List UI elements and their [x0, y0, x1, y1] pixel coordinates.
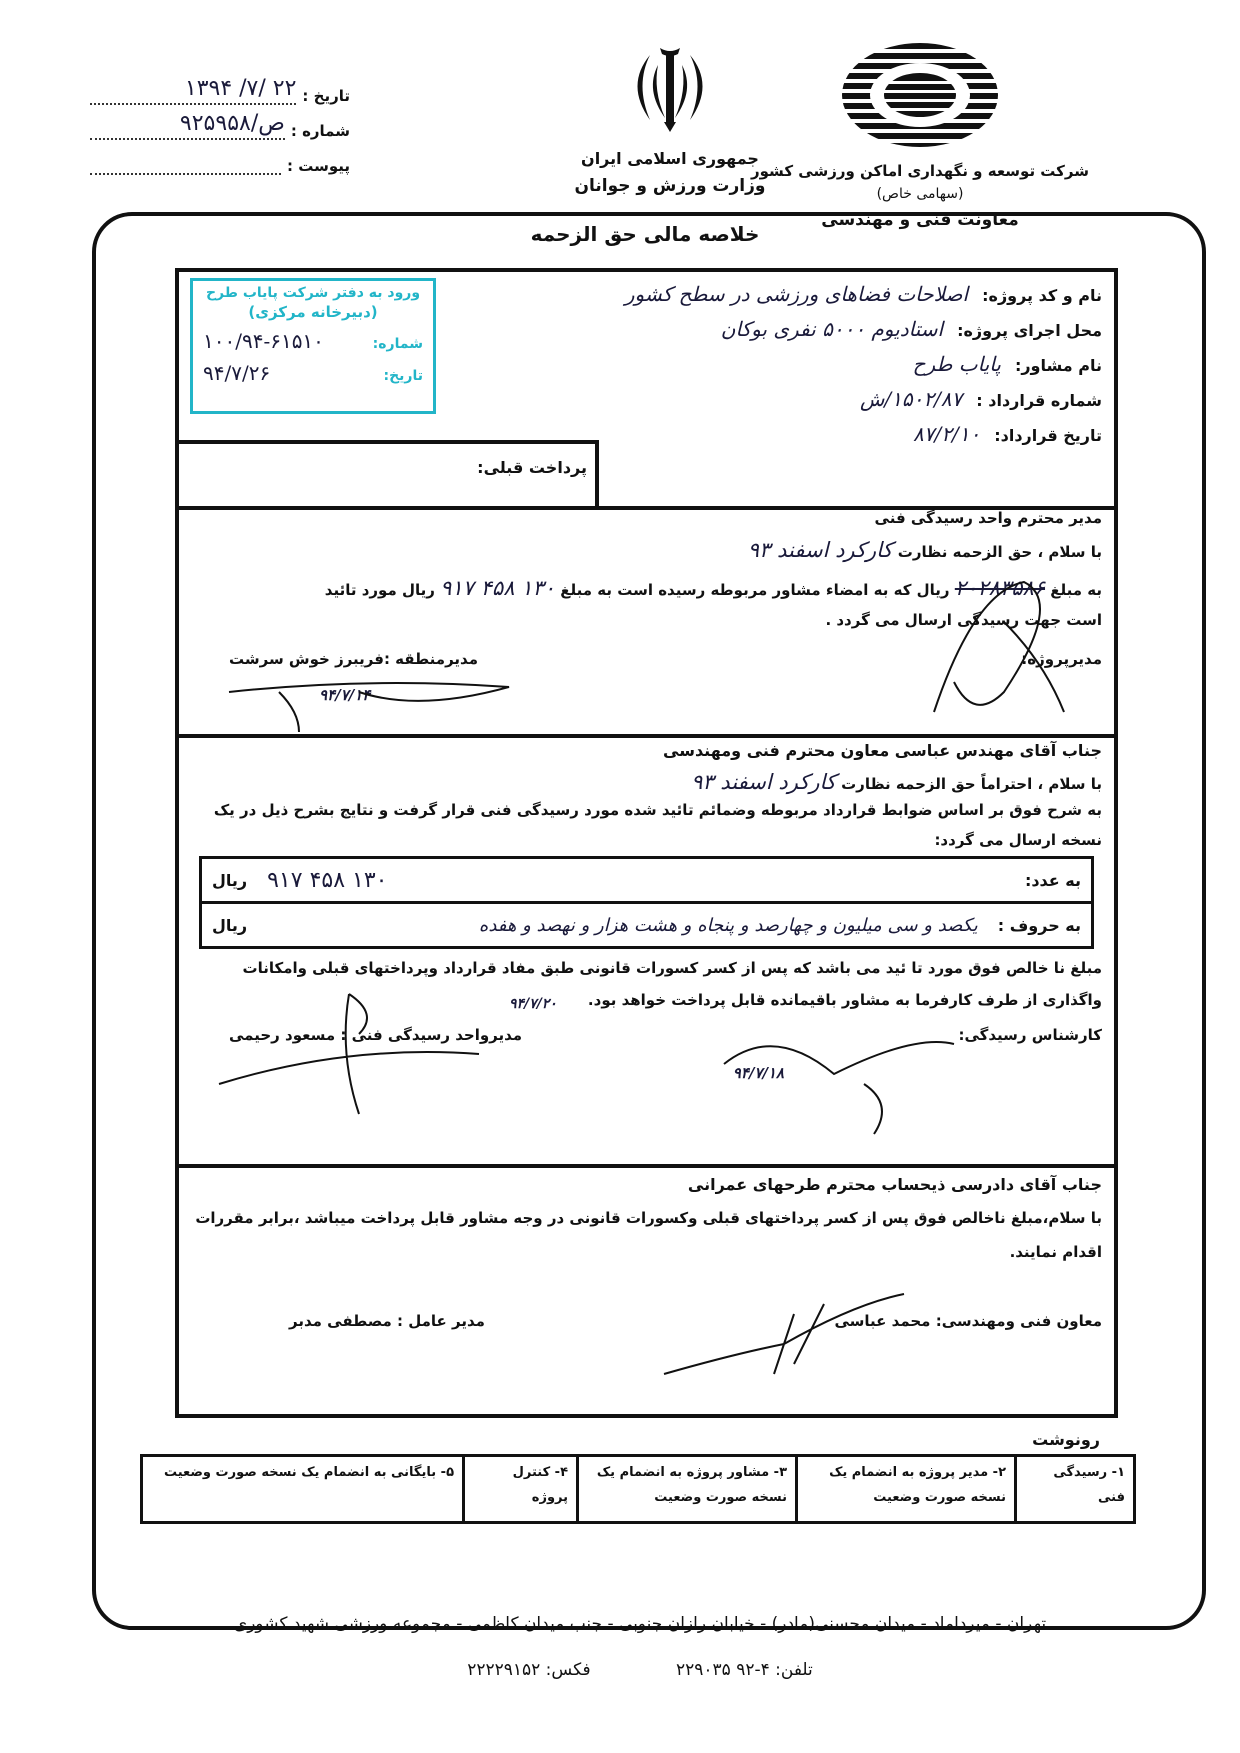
contract-date-label: تاریخ قرارداد:	[994, 426, 1102, 445]
date-row: تاریخ : ۱۳۹۴ /۷/ ۲۲	[90, 70, 350, 105]
regional-manager-label: مدیرمنطقه :فریبرز خوش سرشت	[229, 650, 478, 668]
contract-date-value: ۸۷/۲/۱۰	[913, 422, 980, 446]
footer-contact: تلفن: ۴-۹۲ ۲۲۹۰۳۵ فکس: ۲۲۲۲۹۱۵۲	[140, 1660, 1140, 1680]
currency-label: ریال	[212, 916, 247, 935]
ministry-name: وزارت ورزش و جوانان	[540, 176, 800, 196]
stamp-date-row: تاریخ: ۹۴/۷/۲۶	[193, 361, 433, 385]
amount-table: به عدد: ۱۳۰ ۴۵۸ ۹۱۷ ریال به حروف : یکصد …	[199, 856, 1094, 949]
striped-oval-logo-icon	[840, 40, 1000, 150]
review-greeting: با سلام ، حق الزحمه نظارت کارکرد اسفند ۹…	[191, 536, 1102, 565]
cc-item: ۴- کنترل پروژه	[462, 1457, 576, 1521]
iran-emblem-icon	[620, 40, 720, 135]
approved-amount: ۱۳۰ ۴۵۸ ۹۱۷	[440, 576, 555, 600]
consultant-label: نام مشاور:	[1015, 356, 1102, 375]
stamp-number-value: ۱۰۰/۹۴-۶۱۵۱۰	[203, 329, 324, 353]
deputy-heading: جناب آقای مهندس عباسی معاون محترم فنی وم…	[191, 740, 1102, 762]
received-stamp: ورود به دفتر شرکت پایاب طرح (دبیرخانه مر…	[190, 278, 436, 414]
stamp-date-value: ۹۴/۷/۲۶	[203, 361, 270, 385]
deputy-note-1: مبلغ نا خالص فوق مورد تا ئید می باشد که …	[191, 958, 1102, 979]
footer-fax: فکس: ۲۲۲۲۹۱۵۲	[467, 1660, 590, 1680]
amount-numeric-row: به عدد: ۱۳۰ ۴۵۸ ۹۱۷ ریال	[202, 859, 1091, 901]
attachment-value	[90, 171, 281, 175]
currency-label: ریال	[212, 871, 247, 890]
unit-manager-date: ۹۴/۷/۲۰	[509, 996, 557, 1012]
contract-date-field: تاریخ قرارداد: ۸۷/۲/۱۰	[913, 422, 1102, 446]
review-heading: مدیر محترم واحد رسیدگی فنی	[191, 508, 1102, 529]
project-name-field: نام و کد پروژه: اصلاحات فضاهای ورزشی در …	[625, 282, 1102, 306]
deputy-greeting-text: با سلام ، احتراماً حق الزحمه نظارت	[841, 775, 1102, 793]
date-label: تاریخ :	[302, 87, 350, 105]
regional-manager-date: ۹۴/۷/۱۴	[319, 686, 370, 704]
cc-item: ۲- مدیر پروژه به انضمام یک نسخه صورت وضع…	[795, 1457, 1014, 1521]
attachment-row: پیوست :	[90, 140, 350, 175]
technical-deputy-section: جناب آقای مهندس عباسی معاون محترم فنی وم…	[175, 734, 1118, 1168]
cc-item: ۱- رسیدگی فنی	[1014, 1457, 1133, 1521]
stamp-date-label: تاریخ:	[383, 368, 423, 384]
cc-title: رونوشت	[1032, 1430, 1100, 1449]
previous-payment-box: پرداخت قبلی:	[175, 440, 599, 506]
attachment-label: پیوست :	[287, 157, 350, 175]
review-line3: است جهت رسیدگی ارسال می گردد .	[191, 610, 1102, 631]
accounting-heading: جناب آقای دادرسی ذیحساب محترم طرحهای عمر…	[191, 1174, 1102, 1196]
stamp-number-row: شماره: ۱۰۰/۹۴-۶۱۵۱۰	[193, 329, 433, 353]
deputy-body-2: نسخه ارسال می گردد:	[191, 830, 1102, 851]
review-amount-line: به مبلغ ۲۰۲۸۳۵۸۶ ریال که به امضاء مشاور …	[191, 574, 1102, 603]
review-amount-prefix: به مبلغ	[1050, 581, 1102, 599]
deputy-body-1: به شرح فوق بر اساس ضوابط قرارداد مربوطه …	[191, 800, 1102, 821]
review-amount-suffix: ریال مورد تائید	[325, 581, 435, 599]
form-title: خلاصه مالی حق الزحمه	[175, 222, 1115, 246]
stamp-subtitle: (دبیرخانه مرکزی)	[193, 303, 433, 321]
review-amount-middle: ریال که به امضاء مشاور مربوطه رسیده است …	[560, 581, 949, 599]
reviewer-sign-date: ۹۴/۷/۱۸	[733, 1064, 784, 1082]
review-greeting-text: با سلام ، حق الزحمه نظارت	[898, 543, 1102, 561]
emblem-header: جمهوری اسلامی ایران وزارت ورزش و جوانان	[540, 40, 800, 196]
stamp-number-label: شماره:	[373, 336, 423, 352]
review-greeting-handwritten: کارکرد اسفند ۹۳	[748, 538, 893, 562]
cc-item: ۳- مشاور پروژه به انضمام یک نسخه صورت وض…	[576, 1457, 795, 1521]
unit-manager-label: مدیرواحد رسیدگی فنی : مسعود رحیمی	[229, 1026, 522, 1044]
accounting-body-1: با سلام،مبلغ ناخالص فوق پس از کسر پرداخت…	[191, 1208, 1102, 1229]
date-value: ۱۳۹۴ /۷/ ۲۲	[90, 76, 296, 105]
organization-type: (سهامی خاص)	[750, 186, 1090, 202]
number-row: شماره : ۹۲۵۹۵۸/ص	[90, 105, 350, 140]
cc-table: ۱- رسیدگی فنی ۲- مدیر پروژه به انضمام یک…	[140, 1454, 1136, 1524]
ceo-signature-label: مدیر عامل : مصطفی مدبر	[289, 1312, 485, 1330]
review-request-section: مدیر محترم واحد رسیدگی فنی با سلام ، حق …	[175, 502, 1118, 738]
country-name: جمهوری اسلامی ایران	[540, 149, 800, 168]
project-location-value: استادیوم ۵۰۰۰ نفری بوکان	[721, 317, 943, 341]
stamp-title: ورود به دفتر شرکت پایاب طرح	[193, 285, 433, 301]
organization-name: شرکت توسعه و نگهداری اماکن ورزشی کشور	[750, 162, 1090, 180]
contract-number-value: ۱۵۰۲/۸۷/ش	[860, 387, 962, 411]
organization-header: شرکت توسعه و نگهداری اماکن ورزشی کشور (س…	[750, 40, 1090, 230]
amount-words-row: به حروف : یکصد و سی میلیون و چهارصد و پن…	[202, 901, 1091, 946]
consultant-value: پایاب طرح	[913, 352, 1001, 376]
project-location-field: محل اجرای پروژه: استادیوم ۵۰۰۰ نفری بوکا…	[721, 317, 1102, 341]
deputy-greeting-handwritten: کارکرد اسفند ۹۳	[691, 770, 836, 794]
amount-words-label: به حروف :	[998, 916, 1081, 935]
deputy-signature-icon	[654, 1284, 914, 1394]
contract-number-label: شماره قرارداد :	[976, 391, 1102, 410]
number-label: شماره :	[291, 122, 350, 140]
footer-address: تهران - میرداماد - میدان محسنی(مادر) - خ…	[140, 1614, 1140, 1634]
reviewer-label: کارشناس رسیدگی:	[959, 1026, 1103, 1044]
project-name-value: اصلاحات فضاهای ورزشی در سطح کشور	[625, 282, 968, 306]
amount-numeric-value: ۱۳۰ ۴۵۸ ۹۱۷	[247, 868, 1005, 893]
letter-meta: تاریخ : ۱۳۹۴ /۷/ ۲۲ شماره : ۹۲۵۹۵۸/ص پیو…	[90, 70, 350, 175]
deputy-greeting: با سلام ، احتراماً حق الزحمه نظارت کارکر…	[191, 768, 1102, 797]
cc-item: ۵- بایگانی به انضمام یک نسخه صورت وضعیت	[143, 1457, 462, 1521]
contract-number-field: شماره قرارداد : ۱۵۰۲/۸۷/ش	[860, 387, 1102, 411]
deputy-note-2: واگذاری از طرف کارفرما به مشاور باقیماند…	[191, 990, 1102, 1011]
previous-payment-label: پرداخت قبلی:	[477, 458, 587, 477]
footer-phone: تلفن: ۴-۹۲ ۲۲۹۰۳۵	[676, 1660, 813, 1680]
amount-words-value: یکصد و سی میلیون و چهارصد و پنجاه و هشت …	[247, 915, 978, 936]
deputy-signature-label: معاون فنی ومهندسی: محمد عباسی	[835, 1312, 1103, 1330]
accounting-body-2: اقدام نمایند.	[191, 1242, 1102, 1263]
number-value: ۹۲۵۹۵۸/ص	[90, 111, 285, 140]
project-name-label: نام و کد پروژه:	[982, 286, 1102, 305]
amount-numeric-label: به عدد:	[1025, 871, 1081, 890]
accounting-section: جناب آقای دادرسی ذیحساب محترم طرحهای عمر…	[175, 1164, 1118, 1418]
consultant-field: نام مشاور: پایاب طرح	[913, 352, 1102, 376]
struck-amount: ۲۰۲۸۳۵۸۶	[955, 576, 1045, 600]
project-location-label: محل اجرای پروژه:	[957, 321, 1102, 340]
project-manager-label: مدیرپروژه:	[1021, 650, 1102, 668]
